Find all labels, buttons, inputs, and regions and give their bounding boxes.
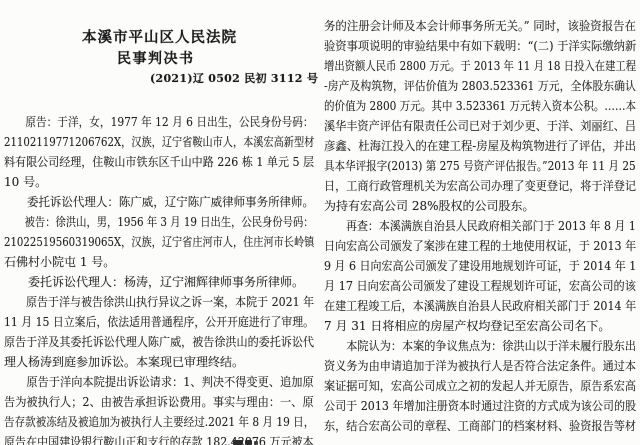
text-line: 资义务为由申请追加于洋为被执行人是否符合法定条件。通过本 <box>324 356 614 376</box>
left-page-column: 原告：于洋，女，1977 年 12 月 6 日出生，公民身份号码：2110211… <box>4 112 314 445</box>
text-line: 告存款被冻结及被追加为被执行人主要经过.2021 年 8 月 19 日， <box>4 412 277 432</box>
text-line: 具本华评报字(2013) 第 275 号资产评估报告。”2013 年 11 月 … <box>324 156 598 176</box>
judgment-document-scan: 本溪市平山区人民法院 民事判决书 (2021)辽 0502 民初 3112 号 … <box>0 0 640 445</box>
document-type-title: 民事判决书 <box>117 48 195 68</box>
text-line: 石佛村小院屯 1 号。 <box>4 252 314 272</box>
text-line: 验资事项说明的审验结果中有如下载明：“(二) 于洋实际缴纳新 <box>324 36 618 56</box>
text-line: 21022519560319065X，汉族，辽宁省庄河市人，住庄河市长岭镇 <box>4 232 267 252</box>
text-line: 原告于洋与被告徐洪山执行异议之诉一案，本院于 2021 年 <box>4 292 288 312</box>
case-number: (2021)辽 0502 民初 3112 号 <box>150 70 318 86</box>
text-line: 委托诉讼代理人：杨涛，辽宁湘辉律师事务所律师。 <box>4 272 314 292</box>
text-line: 原告于洋向本院提出诉讼请求：1、判决不得变更、追加原 <box>4 372 293 392</box>
text-line: 理人杨涛到庭参加诉讼。本案现已审理终结。 <box>4 352 314 372</box>
text-line: 增出资额人民币 2800 万元。于 2013 年 11 月 18 日投入在建工程 <box>324 56 593 76</box>
text-line: 7 月 31 日将相应的房屋产权均登记至宏高公司名下。 <box>324 316 636 336</box>
text-line: 原告：于洋，女，1977 年 12 月 6 日出生，公民身份号码： <box>4 112 279 132</box>
court-name: 本溪市平山区人民法院 <box>82 26 237 47</box>
text-line: 21102119771206762X，汉族，辽宁省鞍山市人，本溪宏高新型材 <box>4 132 267 152</box>
text-line: 为持有宏高公司 28%股权的公司股东。 <box>324 196 636 216</box>
text-line: 溪华丰资产评估有限责任公司已对于刘少更、于洋、刘丽红、吕 <box>324 116 614 136</box>
text-line: 被告：徐洪山，男，1956 年 3 月 19 日出生，公民身份号码： <box>4 212 270 232</box>
right-page-column: 务的注册会计师及本会计师事务所无关。” 同时，该验资报告在验资事项说明的审验结果… <box>324 16 636 436</box>
text-line: 在建工程竣工后，本溪满族自治县人民政府相关部门于 2014 年 <box>324 296 612 316</box>
text-line: 案证据可知，宏高公司成立之初的发起人并无原告，原告系宏高 <box>324 376 614 396</box>
text-line: 的价值为 2800 万元。其中 3.523361 万元转入资本公积。……本 <box>324 96 598 116</box>
text-line: 日向宏高公司颁发了案涉在建工程的土地使用权证，于 2013 年 <box>324 236 612 256</box>
text-line: 再查：本溪满族自治县人民政府相关部门于 2013 年 8 月 1 <box>324 216 609 236</box>
text-line: 11 月 15 日立案后，依法适用普通程序，公开开庭进行了审理。 <box>4 312 285 332</box>
text-line: 告为被执行人；2、由被告承担诉讼费用。事实与理由：一、原 <box>4 392 293 412</box>
text-line: 务的注册会计师及本会计师事务所无关。” 同时，该验资报告在 <box>324 16 621 36</box>
text-line: 原告于洋及其委托诉讼代理人陈广威，被告徐洪山的委托诉讼代 <box>4 332 290 352</box>
text-line: 料有限公司经理，住鞍山市铁东区千山中路 226 栋 1 单元 5 层 <box>4 152 289 172</box>
text-line: 月 17 日向宏高公司颁发了建设工程规划许可证，宏高公司的该 <box>324 276 615 296</box>
text-line: -房产及构筑物，评估价值为 2803.523361 万元，全体股东确认 <box>324 76 607 96</box>
text-line: 10 号。 <box>4 172 314 192</box>
cutoff-stamp-mark <box>245 440 252 445</box>
cutoff-stamp-mark <box>233 440 243 445</box>
text-line: 本院认为：本案的争议焦点为：徐洪山以于洋未履行股东出 <box>324 336 614 356</box>
cutoff-stamp-mark <box>254 441 258 445</box>
text-line: 9 月 6 日向宏高公司颁发了建设用地规划许可证，于 2014 年 1 <box>324 256 610 276</box>
text-line: 彦鑫、杜海江投入的在建工程-房屋及构筑物进行了评估，并出 <box>324 136 621 156</box>
text-line: 日，工商行政管理机关为宏高公司办理了变更登记，将于洋登记 <box>324 176 614 196</box>
text-line: 公司于 2013 年增加注册资本时通过注资的方式成为该公司的股 <box>324 396 612 416</box>
text-line: 东，结合宏高公司的章程、工商部门的档案材料、验资报告等材 <box>324 416 614 436</box>
text-line: 委托诉讼代理人：陈广威，辽宁陈广威律师事务所律师。 <box>4 192 301 212</box>
